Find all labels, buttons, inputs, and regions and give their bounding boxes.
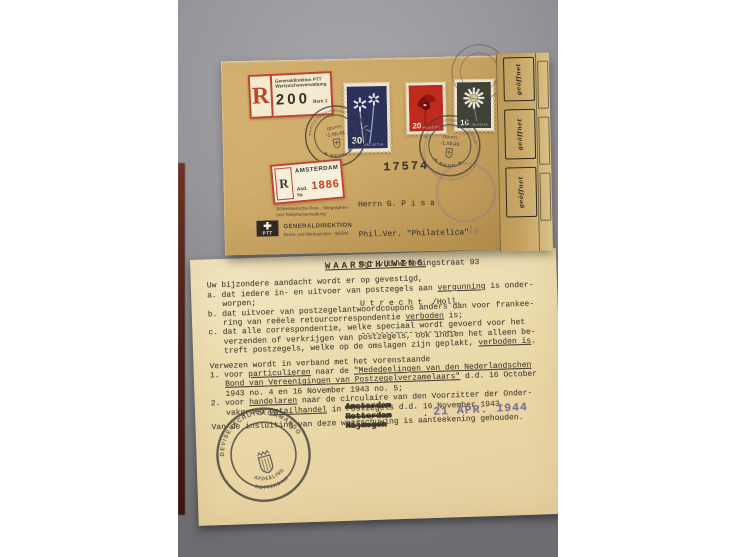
sender-line2: und Telephonverwaltung xyxy=(276,210,352,217)
sender-department-sub: Druck und Wertzeichen · BERN xyxy=(284,230,353,236)
censor-tape-segment: geöffnet xyxy=(504,109,536,160)
registration-number: 200 xyxy=(276,90,311,109)
censor-tape-word: geöffnet xyxy=(517,176,525,208)
censor-mark-circle xyxy=(435,162,496,223)
paragraph-label: a. xyxy=(207,291,222,300)
paragraph-label: 1. xyxy=(210,371,225,380)
r-letter-text: R xyxy=(251,83,270,111)
amsterdam-series: Asd. № xyxy=(296,185,310,198)
amsterdam-city: AMSTERDAM xyxy=(295,165,339,175)
censor-tape: geöffnet geöffnet geöffnet xyxy=(496,53,553,252)
paragraph-label: c. xyxy=(208,328,223,337)
envelope: R Generaldirektion PTT Wertzeichenverwal… xyxy=(221,55,551,256)
registration-label-amsterdam: R AMSTERDAM Asd. № 1886 xyxy=(270,158,345,204)
photo-page: { "colors": { "photo_bg_light": "#a7a6aa… xyxy=(0,0,740,557)
sender-department: GENERALDIREKTION xyxy=(283,223,352,230)
postmark1-date: -1.XII.43 xyxy=(326,130,346,139)
ptt-logo-icon: PTT xyxy=(256,220,278,236)
registration-office: Bern 1 xyxy=(313,98,328,104)
separator-dot: · xyxy=(424,410,427,420)
address-line-society: Phil.Ver. "Philatelica" xyxy=(359,228,479,241)
address-line-city: U t r e c h t /Holl. xyxy=(360,297,480,310)
item-number: 17574 xyxy=(383,159,430,175)
registration-r-letter: R xyxy=(250,76,274,117)
amsterdam-r-letter: R xyxy=(274,167,293,200)
censor-tape-segment: geöffnet xyxy=(503,57,535,102)
sender-imprint: Schweizerische Post-, Telegraphen- und T… xyxy=(256,205,352,238)
office-list: AmsterdamRotterdamNijmegen xyxy=(345,401,392,431)
amsterdam-number: 1886 xyxy=(311,178,340,193)
office-name-struck: Nijmegen xyxy=(345,421,391,432)
paragraph-label: b. xyxy=(208,310,223,319)
address-line-underline: -------------------- xyxy=(361,327,481,340)
registration-org-line2: Wertzeichenverwaltung xyxy=(275,82,327,90)
photo-area: WAARSCHUWING Uw bijzondere aandacht word… xyxy=(178,0,558,557)
ptt-logo-text: PTT xyxy=(263,231,273,236)
album-edge xyxy=(178,163,185,515)
censor-tape-word: geöffnet xyxy=(516,118,524,150)
amsterdam-r-text: R xyxy=(278,175,289,192)
address-line-street: Mgr.v.d.Weteringstraat 93 xyxy=(359,258,479,271)
censor-tape-edge xyxy=(535,53,553,251)
paragraph-label: 2. xyxy=(211,399,226,408)
censor-tape-segment: geöffnet xyxy=(505,167,537,218)
censor-tape-word: geöffnet xyxy=(515,63,523,95)
